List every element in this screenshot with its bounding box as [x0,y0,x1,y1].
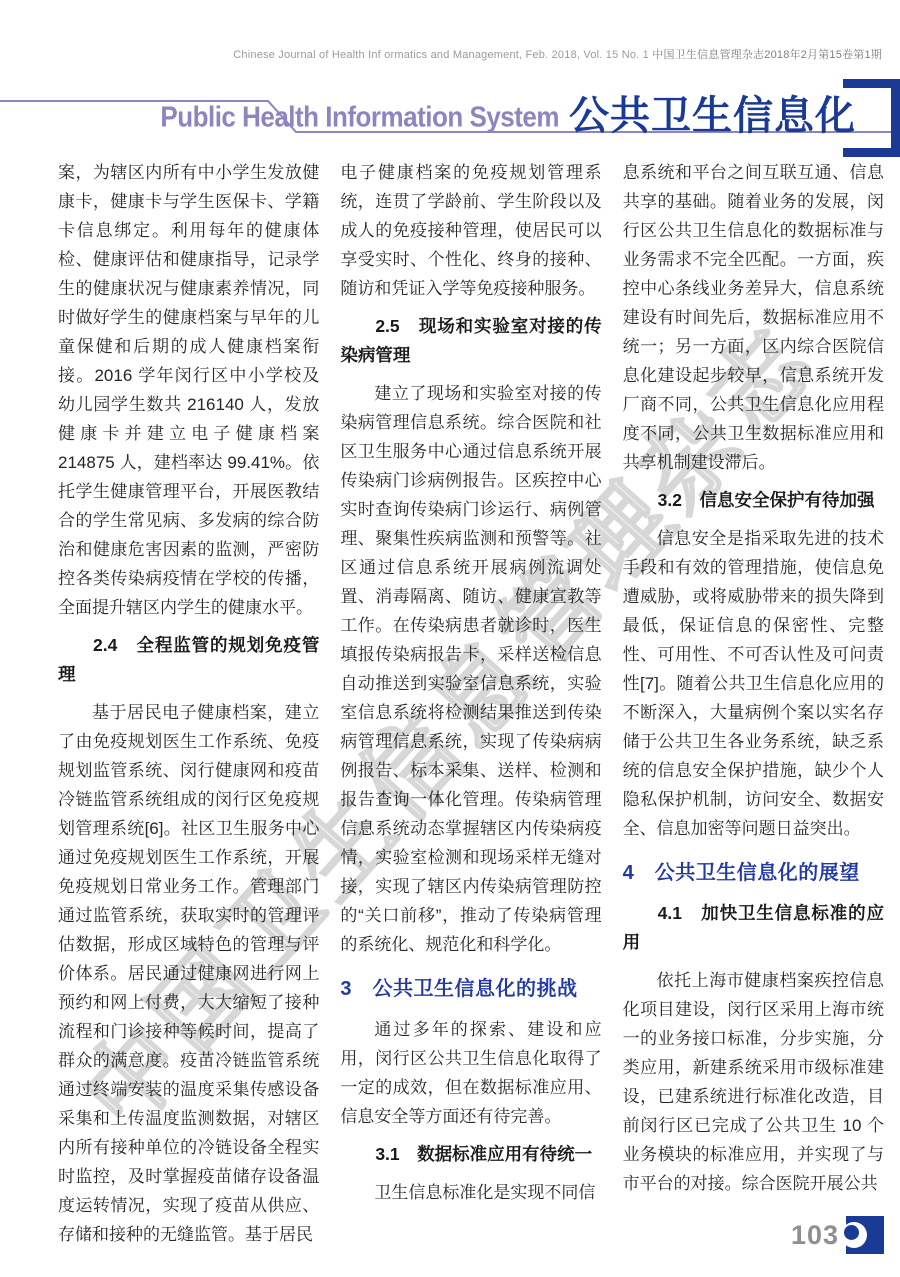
banner-title-en: Public Health Information System [160,100,559,141]
paragraph: 建立了现场和实验室对接的传染病管理信息系统。综合医院和社区卫生服务中心通过信息系… [340,379,601,959]
paragraph: 通过多年的探索、建设和应用，闵行区公共卫生信息化取得了一定的成效，但在数据标准应… [340,1015,601,1131]
page-footer: 103 [791,1216,884,1254]
masthead-line-zh: 中国卫生信息管理杂志2018年2月第15卷第1期 [652,49,882,61]
subsection-heading-2-4: 2.4 全程监管的规划免疫管理 [58,631,319,689]
paragraph: 电子健康档案的免疫规划管理系统，连贯了学龄前、学生阶段以及成人的免疫接种管理，使… [340,158,601,303]
paragraph: 信息安全是指采取先进的技术手段和有效的管理措施，使信息免遭威胁，或将威胁带来的损… [623,524,884,843]
column-3: 息系统和平台之间互联互通、信息共享的基础。随着业务的发展，闵行区公共卫生信息化的… [623,158,884,1249]
masthead-line-en: Chinese Journal of Health Inf ormatics a… [233,49,649,61]
subsection-heading-3-2: 3.2 信息安全保护有待加强 [623,486,884,515]
subsection-heading-3-1: 3.1 数据标准应用有待统一 [340,1140,601,1169]
journal-page: 中国卫生信息管理杂志 Chinese Journal of Health Inf… [0,0,900,1277]
paragraph: 卫生信息标准化是实现不同信 [340,1178,601,1207]
paragraph: 息系统和平台之间互联互通、信息共享的基础。随着业务的发展，闵行区公共卫生信息化的… [623,158,884,477]
column-2: 电子健康档案的免疫规划管理系统，连贯了学龄前、学生阶段以及成人的免疫接种管理，使… [340,158,601,1249]
paragraph: 依托上海市健康档案疾控信息化项目建设，闵行区采用上海市统一的业务接口标准，分步实… [623,966,884,1198]
subsection-heading-4-1: 4.1 加快卫生信息标准的应用 [623,899,884,957]
section-heading-4: 4 公共卫生信息化的展望 [623,858,884,888]
section-heading-3: 3 公共卫生信息化的挑战 [340,974,601,1004]
paragraph: 案，为辖区内所有中小学生发放健康卡，健康卡与学生医保卡、学籍卡信息绑定。利用每年… [58,158,319,622]
banner-bracket-decoration [843,79,900,157]
column-1: 案，为辖区内所有中小学生发放健康卡，健康卡与学生医保卡、学籍卡信息绑定。利用每年… [58,158,319,1249]
section-banner: Public Health Information System 公共卫生信息化 [160,84,882,141]
banner-title-zh: 公共卫生信息化 [569,84,882,141]
page-number: 103 [791,1220,839,1251]
journal-logo-icon [846,1216,884,1254]
paragraph: 基于居民电子健康档案，建立了由免疫规划医生工作系统、免疫规划监管系统、闵行健康网… [58,698,319,1249]
masthead: Chinese Journal of Health Inf ormatics a… [233,46,882,62]
subsection-heading-2-5: 2.5 现场和实验室对接的传染病管理 [340,312,601,370]
article-body: 案，为辖区内所有中小学生发放健康卡，健康卡与学生医保卡、学籍卡信息绑定。利用每年… [58,158,884,1249]
